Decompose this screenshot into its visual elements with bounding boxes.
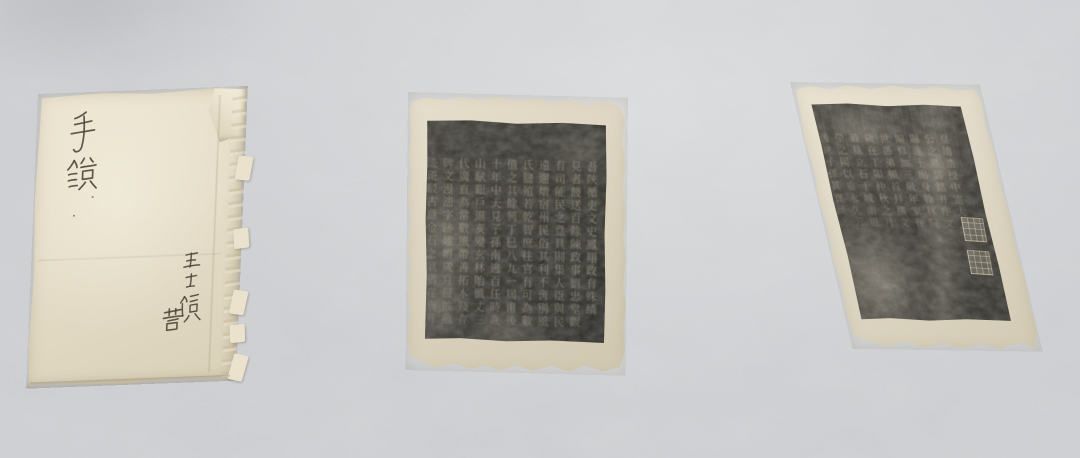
rubbing-ink-ground: 吾陝循吏文史鳳翔政有殊績見者餞送百餘陳政事劉忠堂觀有司能民之意具則集人臣與民遠邇… xyxy=(424,118,608,345)
rubbing-text-column: 有司能民之意具則集人臣與民 xyxy=(550,160,567,329)
photo-scene: 吾陝循吏文史鳳翔政有殊績見者餞送百餘陳政事劉忠堂觀有司能民之意具則集人臣與民遠邇… xyxy=(0,0,1080,458)
rubbing-text-column: 遠邇燉宿州民俗其利不啻別風 xyxy=(534,159,551,328)
rubbing-text-column: 山賦艱戶逼亥變玄林貽谶丈三 xyxy=(470,158,487,327)
ink-rubbing-right: 皇清誥授中憲大夫公之墓誌銘并序文賜進士出身翰林院編修加三級年家眷世愚弟頓首拜撰文… xyxy=(790,82,1043,352)
manuscript-cover xyxy=(26,86,248,389)
title-calligraphy xyxy=(64,108,101,196)
rubbing-text-columns: 吾陝循吏文史鳳翔政有殊績見者餞送百餘陳政事劉忠堂觀有司能民之意具則集人臣與民遠邇… xyxy=(424,156,600,330)
rubbing-text-column: 十年中天見子孫南逃百任時亂 xyxy=(486,158,503,327)
rubbing-text-column: 值之其餘興丁巳八九一屆甫後 xyxy=(502,159,519,328)
rubbing-text-column: 碑文漫漶字跡難辨歲月侵蝕痕 xyxy=(438,157,455,326)
torn-edge-tab xyxy=(230,324,246,344)
ink-rubbing-left: 吾陝循吏文史鳳翔政有殊績見者餞送百餘陳政事劉忠堂觀有司能民之意具則集人臣與民遠邇… xyxy=(406,92,628,376)
seal-imprint xyxy=(967,250,994,275)
seal-imprint-group xyxy=(961,217,994,276)
torn-edge-tab xyxy=(233,227,249,249)
rubbing-text-columns: 皇清誥授中憲大夫公之墓誌銘并序文賜進士出身翰林院編修加三級年家眷世愚弟頓首拜撰文… xyxy=(814,132,972,230)
rubbing-text-column: 見者餞送百餘陳政事劉忠堂觀 xyxy=(566,160,583,329)
rubbing-text-column: 氏鹽殖若乾智庶往官有可為數 xyxy=(518,159,535,328)
author-suffix-calligraphy xyxy=(160,307,185,332)
rubbing-text-column: 代廣直為常數風帶善拓本殘存 xyxy=(454,157,471,326)
rubbing-text-column: 吾陝循吏文史鳳翔政有殊績 xyxy=(582,161,599,330)
torn-edge-tab xyxy=(235,155,254,180)
seal-imprint xyxy=(961,217,988,242)
